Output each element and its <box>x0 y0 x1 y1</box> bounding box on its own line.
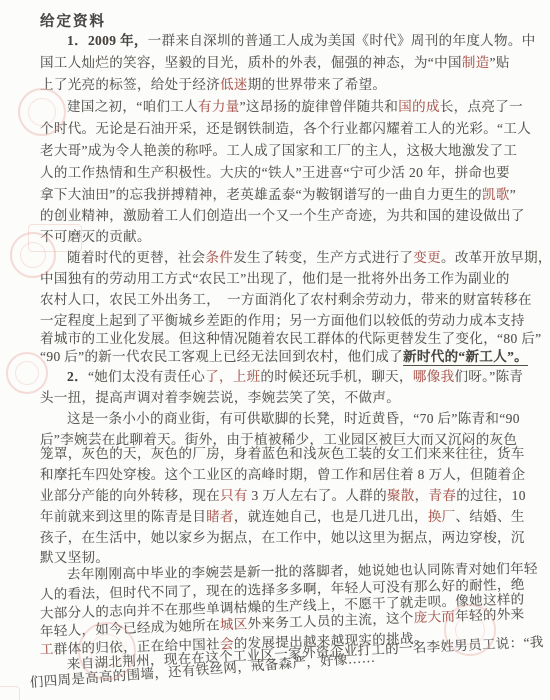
text-line: 一定程度上起到了平衡城乡差距的作用；另一方面他们以较低的劳动力成本支持 <box>40 312 525 330</box>
text-segment: 庞大而 <box>413 609 455 626</box>
text-line: 孩子，在生活中，她以家乡为据点，在工作中，她以这里为据点，两边穿梭，沉 <box>40 529 525 547</box>
text-segment: “90 后”的新一代农民工客观上已经无法回到农村，他们成了 <box>40 349 403 364</box>
text-line: 头一扭，提高声调对着李婉芸说，李婉芸笑了笑，不做声。 <box>40 389 400 407</box>
text-segment: 2． <box>67 369 88 384</box>
document-title: 给定资料 <box>40 10 106 31</box>
text-segment: 条件 <box>206 250 234 265</box>
text-segment: 孩子，在生活中，她以家乡为据点，在工作中，她以这里为据点，两边穿梭，沉 <box>40 530 525 545</box>
text-segment: 这是一条小小的商业街，有可供歇脚的长凳，时近黄昏，“70 后”陈青和“90 <box>67 411 520 426</box>
text-line: 老大哥”成为令人艳羡的称呼。工人成了国家和工厂的主人，这极大地激发了工 <box>40 142 517 160</box>
text-segment: 制造 <box>462 55 490 70</box>
text-segment: 国的成 <box>398 99 440 114</box>
text-segment: 和摩托车四处穿梭。这个工业区的高峰时期，曾工作和居住着 8 万人，但随着企 <box>40 467 525 482</box>
text-segment: 默又坚韧。 <box>40 550 109 565</box>
text-line: 上了光亮的标签，给处于经济低迷期的世界带来了希望。 <box>40 76 386 94</box>
text-segment: 。改革开放早期， <box>441 250 550 265</box>
text-segment: 只有 <box>220 488 248 503</box>
text-segment: 老大哥”成为令人艳羡的称呼。工人成了国家和工厂的主人，这极大地激发了工 <box>40 143 517 158</box>
text-segment: “她们太没有责任心 <box>88 369 205 384</box>
text-segment: 新时代的“新工人”。 <box>403 349 528 366</box>
text-segment: 建国之初，“咱们工人 <box>67 99 198 114</box>
text-segment: 变更 <box>413 250 441 265</box>
text-segment: 低迷 <box>220 77 248 92</box>
text-segment: 着城市的工业化发展。但这种情况随着农民工群体的代际更替发生了变化，“80 后” <box>40 331 542 346</box>
text-segment: 外来务工人员的主流，这个 <box>247 610 414 631</box>
text-segment: ，就连她自己，也是几进几出， <box>234 509 428 524</box>
text-line: 2．“她们太没有责任心了，上班的时候还玩手机，聊天，哪像我们呀。”陈青 <box>40 368 523 386</box>
text-segment: 个时代。无论是石油开采，还是钢铁制造，各个行业都闪耀着工人的光彩。“工人 <box>40 121 531 136</box>
text-line: 农村人口，农民工外出务工， 一方面消化了农村剩余劳动力，带来的财富转移在 <box>40 291 532 309</box>
text-segment: 城区 <box>220 616 248 632</box>
scanned-document-page: 给定资料 1．2009 年，一群来自深圳的普通工人成为美国《时代》周刊的年度人物… <box>0 0 550 700</box>
text-segment: 一定程度上起到了平衡城乡差距的作用；另一方面他们以较低的劳动力成本支持 <box>40 313 525 328</box>
text-segment: 们呀。”陈青 <box>454 369 523 384</box>
text-segment: 国工人灿烂的笑容，坚毅的目光，质朴的外表，倔强的神态，为“中国 <box>40 55 462 70</box>
text-segment: 的创业精神，激励着工人们创造出一个又一个生产奇迹，为共和国的建设做出了 <box>40 208 525 223</box>
text-segment: 农村人口，农民工外出务工， 一方面消化了农村剩余劳动力，带来的财富转移在 <box>40 292 532 307</box>
text-line: 这是一条小小的商业街，有可供歇脚的长凳，时近黄昏，“70 后”陈青和“90 <box>40 410 520 428</box>
text-segment: 不可磨灭的贡献。 <box>40 229 151 244</box>
text-segment: 年前就来到这里的陈青是目 <box>40 509 206 524</box>
text-segment: 1．2009 年， <box>67 33 148 48</box>
text-line: 随着时代的更替，社会条件发生了转变，生产方式进行了变更。改革开放早期， <box>40 249 550 267</box>
text-segment: 3 万人左右了。人群的 <box>248 488 387 503</box>
text-segment: 聚散 <box>387 488 415 503</box>
text-line: 着城市的工业化发展。但这种情况随着农民工群体的代际更替发生了变化，“80 后” <box>40 330 542 348</box>
text-segment: 睹者 <box>206 509 234 524</box>
text-segment: ”这昂扬的旋律曾伴随共和 <box>240 99 399 114</box>
text-line: 拿下大油田”的忘我拼搏精神，老英雄孟泰“为鞍钢谱写的一曲自力更生的凯歌” <box>40 186 516 204</box>
text-segment: 长，点亮了一 <box>440 99 523 114</box>
text-segment: 工 <box>40 642 54 657</box>
text-segment: 有力量 <box>198 99 240 114</box>
text-line: 年前就来到这里的陈青是目睹者，就连她自己，也是几进几出，换厂、结婚、生 <box>40 508 525 526</box>
text-segment: 头一扭，提高声调对着李婉芸说，李婉芸笑了笑，不做声。 <box>40 390 400 405</box>
text-segment: 业部分产能的向外转移，现在 <box>40 488 220 503</box>
text-line: 人的工作热情和生产积极性。大庆的“铁人”王进喜“宁可少活 20 年，拼命也要 <box>40 164 510 182</box>
text-line: 笼罩，灰色的天，灰色的厂房，身着蓝色和浅灰色工装的女工们来来往往，货车 <box>40 445 525 463</box>
text-segment: 换厂 <box>428 509 456 524</box>
text-line: 个时代。无论是石油开采，还是钢铁制造，各个行业都闪耀着工人的光彩。“工人 <box>40 120 531 138</box>
text-segment: 拿下大油田”的忘我拼搏精神，老英雄孟泰“为鞍钢谱写的一曲自力更生的 <box>40 187 482 202</box>
text-line: 国工人灿烂的笑容，坚毅的目光，质朴的外表，倔强的神态，为“中国制造”贴 <box>40 54 510 72</box>
text-line: 建国之初，“咱们工人有力量”这昂扬的旋律曾伴随共和国的成长，点亮了一 <box>40 98 523 116</box>
text-segment: 年轻的外来 <box>455 606 525 624</box>
text-segment: 随着时代的更替，社会 <box>67 250 206 265</box>
text-segment: 凯歌 <box>482 187 510 202</box>
text-line: 业部分产能的向外转移，现在只有 3 万人左右了。人群的聚散，青春的过往，10 <box>40 487 526 505</box>
text-line: “90 后”的新一代农民工客观上已经无法回到农村，他们成了新时代的“新工人”。 <box>40 348 528 366</box>
text-segment: 一群来自深圳的普通工人成为美国《时代》周刊的年度人物。中 <box>148 33 536 48</box>
text-segment: 人的工作热情和生产积极性。大庆的“铁人”王进喜“宁可少活 20 年，拼命也要 <box>40 165 510 180</box>
text-segment: 上了光亮的标签，给处于经济 <box>40 77 220 92</box>
text-segment: ” <box>510 187 516 202</box>
text-segment: 哪像我 <box>413 369 455 384</box>
text-segment: ， <box>415 488 429 503</box>
text-segment: 的时候还玩手机，聊天， <box>261 369 413 384</box>
stamp-watermark-icon <box>0 686 20 700</box>
text-segment: 的过往，10 <box>456 488 526 503</box>
text-segment: 笼罩，灰色的天，灰色的厂房，身着蓝色和浅灰色工装的女工们来来往往，货车 <box>40 446 525 461</box>
text-line: 不可磨灭的贡献。 <box>40 228 151 246</box>
text-segment: 期的世界带来了希望。 <box>248 77 387 92</box>
text-line: 中国独有的劳动用工方式“农民工”出现了，他们是一批将外出务工作为副业的 <box>40 270 510 288</box>
text-line: 的创业精神，激励着工人们创造出一个又一个生产奇迹，为共和国的建设做出了 <box>40 207 525 225</box>
text-line: 1．2009 年，一群来自深圳的普通工人成为美国《时代》周刊的年度人物。中 <box>40 32 536 50</box>
text-segment: 了，上班 <box>205 369 260 384</box>
text-segment: 、结婚、生 <box>456 509 525 524</box>
text-segment: 中国独有的劳动用工方式“农民工”出现了，他们是一批将外出务工作为副业的 <box>40 271 510 286</box>
text-line: 和摩托车四处穿梭。这个工业区的高峰时期，曾工作和居住着 8 万人，但随着企 <box>40 466 525 484</box>
text-segment: 青春 <box>429 488 457 503</box>
text-segment: ”贴 <box>490 55 510 70</box>
text-segment: 发生了转变，生产方式进行了 <box>233 250 413 265</box>
